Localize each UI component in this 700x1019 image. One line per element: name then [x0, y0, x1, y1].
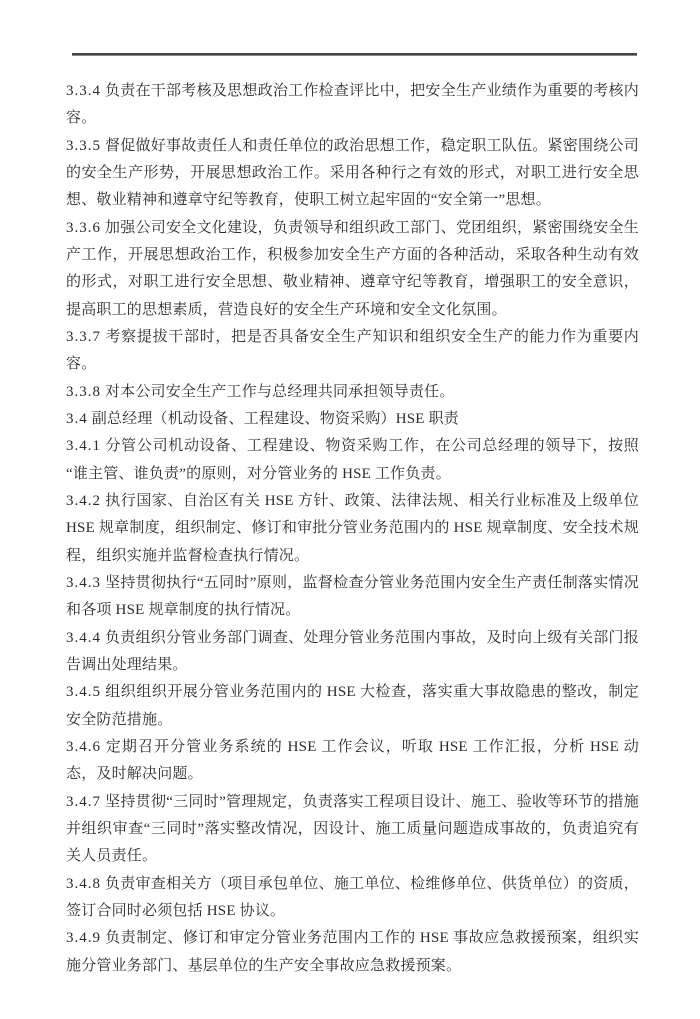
clause-number: 3.4.5 [66, 684, 101, 700]
section-heading: 3.4 副总经理（机动设备、工程建设、物资采购）HSE 职责 [66, 406, 639, 433]
clause-number: 3.3.5 [66, 138, 101, 154]
clause-paragraph: 3.3.7 考察提拔干部时，把是否具备安全生产知识和组织安全生产的能力作为重要内… [66, 324, 639, 379]
clause-text: 负责在干部考核及思想政治工作检查评比中，把安全生产业绩作为重要的考核内容。 [66, 83, 639, 126]
document-body: 3.3.4 负责在干部考核及思想政治工作检查评比中，把安全生产业绩作为重要的考核… [66, 78, 639, 980]
clause-paragraph: 3.4.9 负责制定、修订和审定分管业务范围内工作的 HSE 事故应急救援预案，… [66, 925, 639, 980]
clause-text: 分管公司机动设备、工程建设、物资采购工作，在公司总经理的领导下，按照“谁主管、谁… [66, 438, 639, 481]
clause-paragraph: 3.3.8 对本公司安全生产工作与总经理共同承担领导责任。 [66, 379, 639, 406]
clause-text: 组织组织开展分管业务范围内的 HSE 大检查，落实重大事故隐患的整改，制定安全防… [66, 684, 639, 727]
document-page: 3.3.4 负责在干部考核及思想政治工作检查评比中，把安全生产业绩作为重要的考核… [0, 0, 700, 1019]
clause-text: 坚持贯彻“三同时”管理规定，负责落实工程项目设计、施工、验收等环节的措施并组织审… [66, 794, 639, 865]
clause-text: 定期召开分管业务系统的 HSE 工作会议，听取 HSE 工作汇报，分析 HSE … [66, 739, 639, 782]
clause-text: 负责审查相关方（项目承包单位、施工单位、检维修单位、供货单位）的资质，签订合同时… [66, 876, 639, 919]
clause-text: 副总经理（机动设备、工程建设、物资采购）HSE 职责 [92, 411, 459, 427]
clause-number: 3.4.7 [66, 794, 101, 810]
clause-paragraph: 3.4.4 负责组织分管业务部门调查、处理分管业务范围内事故，及时向上级有关部门… [66, 625, 639, 680]
clause-text: 负责制定、修订和审定分管业务范围内工作的 HSE 事故应急救援预案，组织实施分管… [66, 930, 639, 973]
clause-paragraph: 3.4.5 组织组织开展分管业务范围内的 HSE 大检查，落实重大事故隐患的整改… [66, 679, 639, 734]
clause-number: 3.3.4 [66, 83, 101, 99]
clause-number: 3.4 [66, 411, 88, 427]
clause-paragraph: 3.4.2 执行国家、自治区有关 HSE 方针、政策、法律法规、相关行业标准及上… [66, 488, 639, 570]
clause-text: 加强公司安全文化建设，负责领导和组织政工部门、党团组织，紧密围绕安全生产工作，开… [66, 220, 639, 318]
header-separator-line [72, 53, 637, 56]
clause-paragraph: 3.3.5 督促做好事故责任人和责任单位的政治思想工作，稳定职工队伍。紧密围绕公… [66, 133, 639, 215]
clause-paragraph: 3.4.1 分管公司机动设备、工程建设、物资采购工作，在公司总经理的领导下，按照… [66, 433, 639, 488]
clause-paragraph: 3.3.6 加强公司安全文化建设，负责领导和组织政工部门、党团组织，紧密围绕安全… [66, 215, 639, 324]
clause-number: 3.3.8 [66, 384, 101, 400]
clause-number: 3.4.3 [66, 575, 101, 591]
clause-number: 3.4.4 [66, 630, 101, 646]
clause-number: 3.3.6 [66, 220, 101, 236]
clause-paragraph: 3.4.8 负责审查相关方（项目承包单位、施工单位、检维修单位、供货单位）的资质… [66, 871, 639, 926]
clause-paragraph: 3.4.6 定期召开分管业务系统的 HSE 工作会议，听取 HSE 工作汇报，分… [66, 734, 639, 789]
clause-paragraph: 3.4.3 坚持贯彻执行“五同时”原则，监督检查分管业务范围内安全生产责任制落实… [66, 570, 639, 625]
clause-number: 3.4.2 [66, 493, 101, 509]
clause-text: 坚持贯彻执行“五同时”原则，监督检查分管业务范围内安全生产责任制落实情况和各项 … [66, 575, 639, 618]
clause-number: 3.3.7 [66, 329, 101, 345]
clause-paragraph: 3.4.7 坚持贯彻“三同时”管理规定，负责落实工程项目设计、施工、验收等环节的… [66, 789, 639, 871]
clause-text: 执行国家、自治区有关 HSE 方针、政策、法律法规、相关行业标准及上级单位 HS… [66, 493, 639, 564]
clause-number: 3.4.8 [66, 876, 101, 892]
clause-text: 考察提拔干部时，把是否具备安全生产知识和组织安全生产的能力作为重要内容。 [66, 329, 639, 372]
clause-paragraph: 3.3.4 负责在干部考核及思想政治工作检查评比中，把安全生产业绩作为重要的考核… [66, 78, 639, 133]
clause-text: 负责组织分管业务部门调查、处理分管业务范围内事故，及时向上级有关部门报告调出处理… [66, 630, 639, 673]
clause-text: 督促做好事故责任人和责任单位的政治思想工作，稳定职工队伍。紧密围绕公司的安全生产… [66, 138, 639, 209]
clause-number: 3.4.9 [66, 930, 101, 946]
clause-number: 3.4.1 [66, 438, 101, 454]
clause-number: 3.4.6 [66, 739, 101, 755]
clause-text: 对本公司安全生产工作与总经理共同承担领导责任。 [105, 384, 455, 400]
